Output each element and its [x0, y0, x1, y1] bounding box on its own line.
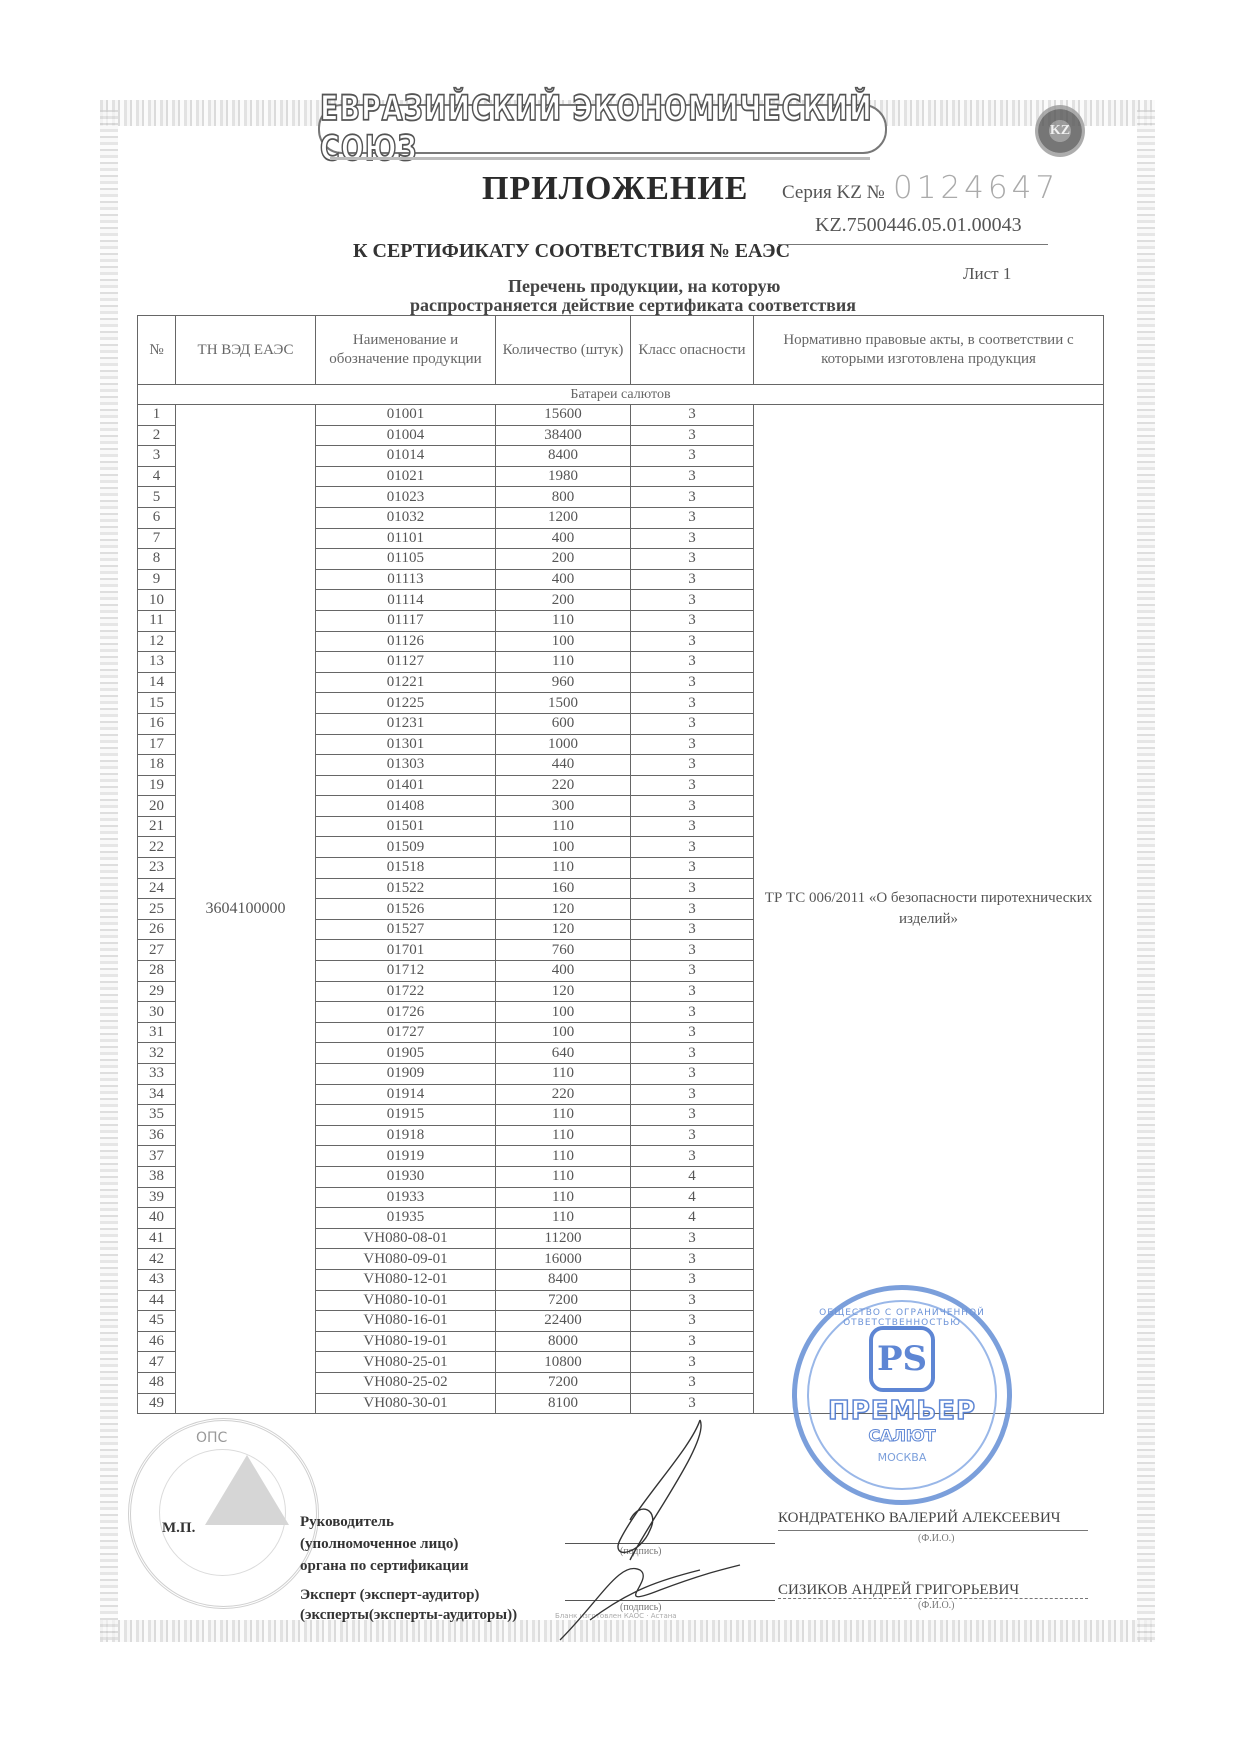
row-number: 24 — [138, 878, 176, 899]
row-number: 25 — [138, 899, 176, 920]
kz-emblem-icon: KZ — [1035, 105, 1085, 157]
hazard-class: 3 — [631, 940, 754, 961]
hazard-class: 3 — [631, 1105, 754, 1126]
row-number: 20 — [138, 796, 176, 817]
product-name: 01501 — [316, 816, 496, 837]
row-number: 30 — [138, 1002, 176, 1023]
product-name: 01909 — [316, 1064, 496, 1085]
seal-place-label: М.П. — [162, 1520, 195, 1537]
hazard-class: 3 — [631, 1064, 754, 1085]
hazard-class: 3 — [631, 1249, 754, 1270]
product-quantity: 400 — [496, 569, 631, 590]
hazard-class: 3 — [631, 1311, 754, 1332]
product-quantity: 160 — [496, 878, 631, 899]
hazard-class: 3 — [631, 610, 754, 631]
row-number: 11 — [138, 610, 176, 631]
ops-triangle-icon — [205, 1455, 289, 1525]
hazard-class: 3 — [631, 672, 754, 693]
product-name: 01712 — [316, 961, 496, 982]
product-quantity: 110 — [496, 610, 631, 631]
document-title: ПРИЛОЖЕНИЕ — [482, 170, 748, 208]
product-name: 01004 — [316, 425, 496, 446]
row-number: 27 — [138, 940, 176, 961]
row-number: 2 — [138, 425, 176, 446]
product-name: 01408 — [316, 796, 496, 817]
row-number: 28 — [138, 961, 176, 982]
product-quantity: 120 — [496, 899, 631, 920]
product-name: VH080-08-01 — [316, 1228, 496, 1249]
list-title-line1: Перечень продукции, на которую — [508, 276, 780, 297]
product-name: 01518 — [316, 858, 496, 879]
guilloche-border-bottom — [100, 1620, 1155, 1642]
row-number: 39 — [138, 1187, 176, 1208]
banner-underline — [330, 157, 870, 160]
hazard-class: 3 — [631, 858, 754, 879]
product-name: VH080-25-02 — [316, 1372, 496, 1393]
row-number: 3 — [138, 446, 176, 467]
row-number: 23 — [138, 858, 176, 879]
col-header-number: № — [138, 316, 176, 385]
row-number: 18 — [138, 755, 176, 776]
hazard-class: 3 — [631, 1352, 754, 1373]
row-number: 6 — [138, 507, 176, 528]
product-name: VH080-30-01 — [316, 1393, 496, 1414]
product-quantity: 100 — [496, 1022, 631, 1043]
certificate-label: К СЕРТИФИКАТУ СООТВЕТСТВИЯ № ЕАЭС — [353, 240, 790, 263]
list-title-line2: распространяется действие сертификата со… — [410, 295, 856, 316]
expert-name: СИЗИКОВ АНДРЕЙ ГРИГОРЬЕВИЧ — [778, 1582, 1019, 1599]
col-header-quantity: Количество (штук) — [496, 316, 631, 385]
hazard-class: 3 — [631, 466, 754, 487]
product-quantity: 8400 — [496, 446, 631, 467]
series-label: Серия KZ № — [782, 182, 885, 204]
product-quantity: 16000 — [496, 1249, 631, 1270]
row-number: 41 — [138, 1228, 176, 1249]
hazard-class: 3 — [631, 961, 754, 982]
product-quantity: 100 — [496, 837, 631, 858]
row-number: 17 — [138, 734, 176, 755]
hazard-class: 3 — [631, 1125, 754, 1146]
hazard-class: 3 — [631, 919, 754, 940]
product-name: 01303 — [316, 755, 496, 776]
table-row: 1360410000001001156003ТР ТС 006/2011 «О … — [138, 405, 1104, 426]
product-quantity: 10800 — [496, 1352, 631, 1373]
head-signature-caption: (подпись) — [620, 1546, 662, 1557]
row-number: 38 — [138, 1166, 176, 1187]
hazard-class: 3 — [631, 775, 754, 796]
hazard-class: 3 — [631, 590, 754, 611]
tn-ved-code: 3604100000 — [176, 405, 316, 1414]
product-quantity: 110 — [496, 858, 631, 879]
product-quantity: 1000 — [496, 734, 631, 755]
product-quantity: 600 — [496, 713, 631, 734]
products-table: № ТН ВЭД ЕАЭС Наименование и обозначение… — [137, 315, 1104, 1414]
row-number: 31 — [138, 1022, 176, 1043]
row-number: 40 — [138, 1208, 176, 1229]
product-quantity: 100 — [496, 631, 631, 652]
row-number: 35 — [138, 1105, 176, 1126]
product-quantity: 960 — [496, 672, 631, 693]
product-name: VH080-25-01 — [316, 1352, 496, 1373]
expert-signature-line — [565, 1600, 775, 1601]
hazard-class: 3 — [631, 631, 754, 652]
hazard-class: 3 — [631, 507, 754, 528]
hazard-class: 3 — [631, 1269, 754, 1290]
product-name: 01023 — [316, 487, 496, 508]
product-name: 01225 — [316, 693, 496, 714]
hazard-class: 4 — [631, 1208, 754, 1229]
product-name: 01527 — [316, 919, 496, 940]
col-header-hazard-class: Класс опасности — [631, 316, 754, 385]
hazard-class: 3 — [631, 528, 754, 549]
row-number: 36 — [138, 1125, 176, 1146]
product-name: 01726 — [316, 1002, 496, 1023]
product-name: 01001 — [316, 405, 496, 426]
product-quantity: 110 — [496, 1125, 631, 1146]
row-number: 1 — [138, 405, 176, 426]
row-number: 33 — [138, 1064, 176, 1085]
row-number: 19 — [138, 775, 176, 796]
expert-name-caption: (Ф.И.О.) — [918, 1600, 955, 1611]
hazard-class: 3 — [631, 1084, 754, 1105]
product-quantity: 200 — [496, 590, 631, 611]
hazard-class: 3 — [631, 878, 754, 899]
product-name: 01126 — [316, 631, 496, 652]
row-number: 14 — [138, 672, 176, 693]
hazard-class: 3 — [631, 1146, 754, 1167]
hazard-class: 4 — [631, 1166, 754, 1187]
product-name: VH080-19-01 — [316, 1331, 496, 1352]
product-name: 01918 — [316, 1125, 496, 1146]
row-number: 42 — [138, 1249, 176, 1270]
hazard-class: 3 — [631, 734, 754, 755]
product-name: 01935 — [316, 1208, 496, 1229]
hazard-class: 3 — [631, 713, 754, 734]
hazard-class: 3 — [631, 446, 754, 467]
hazard-class: 3 — [631, 1022, 754, 1043]
product-name: 01231 — [316, 713, 496, 734]
row-number: 21 — [138, 816, 176, 837]
row-number: 13 — [138, 652, 176, 673]
product-name: 01919 — [316, 1146, 496, 1167]
row-number: 34 — [138, 1084, 176, 1105]
product-quantity: 110 — [496, 1105, 631, 1126]
product-name: 01915 — [316, 1105, 496, 1126]
product-quantity: 15600 — [496, 405, 631, 426]
product-quantity: 800 — [496, 487, 631, 508]
row-number: 7 — [138, 528, 176, 549]
product-name: 01522 — [316, 878, 496, 899]
product-quantity: 220 — [496, 775, 631, 796]
product-quantity: 100 — [496, 1002, 631, 1023]
company-stamp-ring-text: ОБЩЕСТВО С ОГРАНИЧЕННОЙ ОТВЕТСТВЕННОСТЬЮ — [797, 1308, 1007, 1328]
hazard-class: 3 — [631, 569, 754, 590]
row-number: 12 — [138, 631, 176, 652]
head-signature-line — [565, 1543, 775, 1544]
product-quantity: 8400 — [496, 1269, 631, 1290]
product-name: 01401 — [316, 775, 496, 796]
hazard-class: 3 — [631, 796, 754, 817]
row-number: 9 — [138, 569, 176, 590]
group-label: Батареи салютов — [138, 385, 1104, 405]
product-name: 01113 — [316, 569, 496, 590]
hazard-class: 3 — [631, 1331, 754, 1352]
row-number: 48 — [138, 1372, 176, 1393]
head-name-caption: (Ф.И.О.) — [918, 1533, 955, 1544]
series-number: 0124647 — [893, 170, 1059, 206]
product-name: 01101 — [316, 528, 496, 549]
product-name: 01105 — [316, 549, 496, 570]
row-number: 46 — [138, 1331, 176, 1352]
product-name: 01722 — [316, 981, 496, 1002]
product-name: 01509 — [316, 837, 496, 858]
product-quantity: 8000 — [496, 1331, 631, 1352]
product-quantity: 110 — [496, 816, 631, 837]
hazard-class: 3 — [631, 549, 754, 570]
hazard-class: 4 — [631, 1187, 754, 1208]
product-quantity: 400 — [496, 528, 631, 549]
row-number: 44 — [138, 1290, 176, 1311]
row-number: 10 — [138, 590, 176, 611]
hazard-class: 3 — [631, 816, 754, 837]
hazard-class: 3 — [631, 652, 754, 673]
row-number: 22 — [138, 837, 176, 858]
product-quantity: 8100 — [496, 1393, 631, 1414]
sheet-number: Лист 1 — [963, 264, 1011, 284]
product-quantity: 1980 — [496, 466, 631, 487]
product-quantity: 300 — [496, 796, 631, 817]
hazard-class: 3 — [631, 981, 754, 1002]
head-name: КОНДРАТЕНКО ВАЛЕРИЙ АЛЕКСЕЕВИЧ — [778, 1510, 1061, 1527]
hazard-class: 3 — [631, 1002, 754, 1023]
certificate-number: KZ.7500446.05.01.00043 — [815, 214, 1022, 237]
row-number: 5 — [138, 487, 176, 508]
product-quantity: 120 — [496, 981, 631, 1002]
company-stamp: ОБЩЕСТВО С ОГРАНИЧЕННОЙ ОТВЕТСТВЕННОСТЬЮ… — [792, 1285, 1012, 1505]
row-number: 16 — [138, 713, 176, 734]
hazard-class: 3 — [631, 693, 754, 714]
row-number: 26 — [138, 919, 176, 940]
certificate-appendix-page: ЕВРАЗИЙСКИЙ ЭКОНОМИЧЕСКИЙ СОЮЗ KZ ПРИЛОЖ… — [0, 0, 1241, 1756]
product-quantity: 7200 — [496, 1372, 631, 1393]
product-name: 01526 — [316, 899, 496, 920]
product-quantity: 440 — [496, 755, 631, 776]
hazard-class: 3 — [631, 1290, 754, 1311]
row-number: 43 — [138, 1269, 176, 1290]
product-name: 01221 — [316, 672, 496, 693]
hazard-class: 3 — [631, 1372, 754, 1393]
product-quantity: 640 — [496, 1043, 631, 1064]
product-quantity: 110 — [496, 1146, 631, 1167]
hazard-class: 3 — [631, 1228, 754, 1249]
hazard-class: 3 — [631, 405, 754, 426]
product-quantity: 110 — [496, 652, 631, 673]
product-quantity: 110 — [496, 1166, 631, 1187]
guilloche-border-right — [1137, 110, 1155, 1640]
regulation-reference: ТР ТС 006/2011 «О безопасности пиротехни… — [754, 405, 1104, 1414]
product-quantity: 1200 — [496, 507, 631, 528]
product-name: 01032 — [316, 507, 496, 528]
expert-role: Эксперт (эксперт-аудитор) (эксперты(эксп… — [300, 1585, 517, 1626]
product-name: VH080-10-01 — [316, 1290, 496, 1311]
product-quantity: 7200 — [496, 1290, 631, 1311]
product-name: 01114 — [316, 590, 496, 611]
hazard-class: 3 — [631, 837, 754, 858]
product-name: 01301 — [316, 734, 496, 755]
product-quantity: 1500 — [496, 693, 631, 714]
hazard-class: 3 — [631, 899, 754, 920]
row-number: 37 — [138, 1146, 176, 1167]
product-name: 01933 — [316, 1187, 496, 1208]
product-quantity: 22400 — [496, 1311, 631, 1332]
hazard-class: 3 — [631, 425, 754, 446]
certificate-number-underline — [778, 244, 1048, 245]
hazard-class: 3 — [631, 755, 754, 776]
hazard-class: 3 — [631, 487, 754, 508]
group-row: Батареи салютов — [138, 385, 1104, 405]
head-role: Руководитель (уполномоченное лицо) орган… — [300, 1512, 468, 1577]
row-number: 8 — [138, 549, 176, 570]
product-quantity: 220 — [496, 1084, 631, 1105]
product-quantity: 38400 — [496, 425, 631, 446]
product-name: VH080-16-01 — [316, 1311, 496, 1332]
product-name: 01727 — [316, 1022, 496, 1043]
product-name: VH080-09-01 — [316, 1249, 496, 1270]
row-number: 45 — [138, 1311, 176, 1332]
product-name: 01701 — [316, 940, 496, 961]
col-header-tn-ved: ТН ВЭД ЕАЭС — [176, 316, 316, 385]
col-header-product-name: Наименование и обозначение продукции — [316, 316, 496, 385]
ops-stamp-label: ОПС — [196, 1430, 227, 1446]
guilloche-border-left — [100, 110, 118, 1640]
col-header-regulations: Нормативно правовые акты, в соответствии… — [754, 316, 1104, 385]
product-quantity: 760 — [496, 940, 631, 961]
row-number: 15 — [138, 693, 176, 714]
eurasian-union-banner: ЕВРАЗИЙСКИЙ ЭКОНОМИЧЕСКИЙ СОЮЗ — [318, 104, 887, 154]
hazard-class: 3 — [631, 1043, 754, 1064]
printer-mark: Бланк изготовлен КАОС · Астана — [555, 1612, 677, 1620]
product-quantity: 110 — [496, 1064, 631, 1085]
product-name: VH080-12-01 — [316, 1269, 496, 1290]
hazard-class: 3 — [631, 1393, 754, 1414]
product-name: 01905 — [316, 1043, 496, 1064]
row-number: 47 — [138, 1352, 176, 1373]
product-name: 01127 — [316, 652, 496, 673]
table-header-row: № ТН ВЭД ЕАЭС Наименование и обозначение… — [138, 316, 1104, 385]
product-quantity: 11200 — [496, 1228, 631, 1249]
product-quantity: 120 — [496, 919, 631, 940]
row-number: 29 — [138, 981, 176, 1002]
product-name: 01117 — [316, 610, 496, 631]
product-name: 01014 — [316, 446, 496, 467]
row-number: 4 — [138, 466, 176, 487]
row-number: 49 — [138, 1393, 176, 1414]
product-name: 01021 — [316, 466, 496, 487]
product-name: 01914 — [316, 1084, 496, 1105]
product-quantity: 110 — [496, 1208, 631, 1229]
product-name: 01930 — [316, 1166, 496, 1187]
product-quantity: 200 — [496, 549, 631, 570]
row-number: 32 — [138, 1043, 176, 1064]
head-name-line — [778, 1530, 1088, 1531]
product-quantity: 400 — [496, 961, 631, 982]
product-quantity: 110 — [496, 1187, 631, 1208]
